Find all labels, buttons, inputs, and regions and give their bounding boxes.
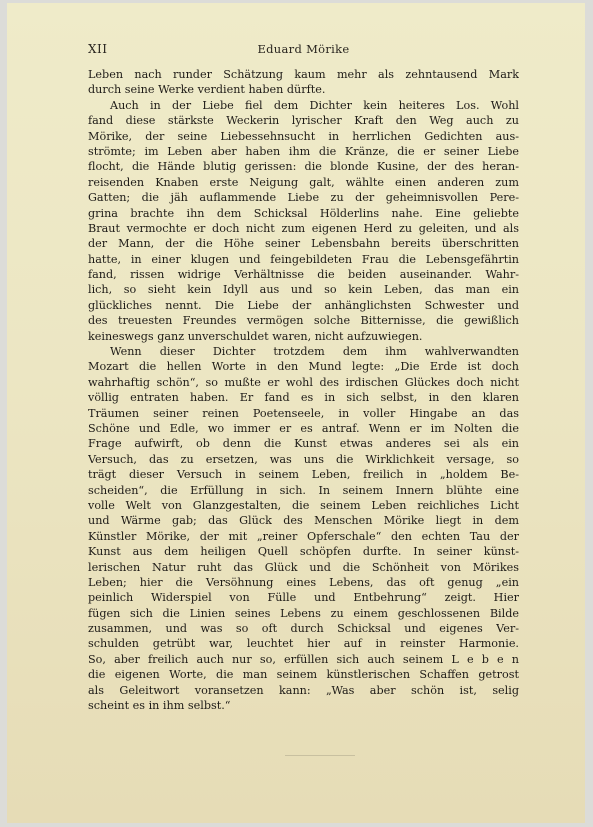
text-line: als Geleitwort voransetzen kann: „Was ab… <box>88 683 519 698</box>
text-line: lich, so sieht kein Idyll aus und so kei… <box>88 282 519 297</box>
body-text: Leben nach runder Schätzung kaum mehr al… <box>88 67 519 713</box>
running-title: Eduard Mörike <box>88 42 519 56</box>
text-line: Träumen seiner reinen Poetenseele, in vo… <box>88 406 519 421</box>
text-line: wahrhaftig schön“, so mußte er wohl des … <box>88 375 519 390</box>
paragraph-3: Wenn dieser Dichter trotzdem dem ihm wah… <box>88 344 519 713</box>
text-line: Wenn dieser Dichter trotzdem dem ihm wah… <box>88 344 519 359</box>
text-line: glückliches nennt. Die Liebe der anhängl… <box>88 298 519 313</box>
text-line: des treuesten Freundes vermögen solche B… <box>88 313 519 328</box>
text-line: Auch in der Liebe fiel dem Dichter kein … <box>88 98 519 113</box>
text-line: peinlich Widerspiel von Fülle und Entbeh… <box>88 590 519 605</box>
text-line: Mozart die hellen Worte in den Mund legt… <box>88 359 519 374</box>
text-line: fand, rissen widrige Verhältnisse die be… <box>88 267 519 282</box>
text-line: So, aber freilich auch nur so, erfüllen … <box>88 652 519 667</box>
text-line: strömte; im Leben aber haben ihm die Krä… <box>88 144 519 159</box>
text-line: keineswegs ganz unverschuldet waren, nic… <box>88 329 519 344</box>
text-line: flocht, die Hände blutig gerissen: die b… <box>88 159 519 174</box>
text-line: hatte, in einer klugen und feingebildete… <box>88 252 519 267</box>
text-line: und Wärme gab; das Glück des Menschen Mö… <box>88 513 519 528</box>
text-line: schulden getrübt war, leuchtet hier auf … <box>88 636 519 651</box>
text-line: zusammen, und was so oft durch Schicksal… <box>88 621 519 636</box>
text-line: lerischen Natur ruht das Glück und die S… <box>88 560 519 575</box>
text-line: Braut vermochte er doch nicht zum eigene… <box>88 221 519 236</box>
text-line: Leben; hier die Versöhnung eines Lebens,… <box>88 575 519 590</box>
text-line: Gatten; die jäh auflammende Liebe zu der… <box>88 190 519 205</box>
text-line: volle Welt von Glanzgestalten, die seine… <box>88 498 519 513</box>
book-page: XII Eduard Mörike Leben nach runder Schä… <box>7 3 585 823</box>
text-line: fand diese stärkste Weckerin lyrischer K… <box>88 113 519 128</box>
text-line: scheint es in ihm selbst.“ <box>88 698 519 713</box>
text-line: fügen sich die Linien seines Lebens zu e… <box>88 606 519 621</box>
text-line: die eigenen Worte, die man seinem künstl… <box>88 667 519 682</box>
text-line: völlig entraten haben. Er fand es in sic… <box>88 390 519 405</box>
text-line: trägt dieser Versuch in seinem Leben, fr… <box>88 467 519 482</box>
text-line: der Mann, der die Höhe seiner Lebensbahn… <box>88 236 519 251</box>
section-end-rule <box>285 755 355 756</box>
text-line: Mörike, der seine Liebessehnsucht in her… <box>88 129 519 144</box>
text-line: scheiden“, die Erfüllung in sich. In sei… <box>88 483 519 498</box>
text-line: Leben nach runder Schätzung kaum mehr al… <box>88 67 519 82</box>
text-line: Frage aufwirft, ob denn die Kunst etwas … <box>88 436 519 451</box>
text-line: Versuch, das zu ersetzen, was uns die Wi… <box>88 452 519 467</box>
text-line: Kunst aus dem heiligen Quell schöpfen du… <box>88 544 519 559</box>
text-line: grina brachte ihn dem Schicksal Hölderli… <box>88 206 519 221</box>
running-head: XII Eduard Mörike <box>88 42 519 62</box>
text-line: durch seine Werke verdient haben dürfte. <box>88 82 519 97</box>
text-line: Schöne und Edle, wo immer er es antraf. … <box>88 421 519 436</box>
paragraph-2: Auch in der Liebe fiel dem Dichter kein … <box>88 98 519 344</box>
paragraph-1: Leben nach runder Schätzung kaum mehr al… <box>88 67 519 98</box>
text-line: reisenden Knaben erste Neigung galt, wäh… <box>88 175 519 190</box>
text-line: Künstler Mörike, der mit „reiner Opfersc… <box>88 529 519 544</box>
